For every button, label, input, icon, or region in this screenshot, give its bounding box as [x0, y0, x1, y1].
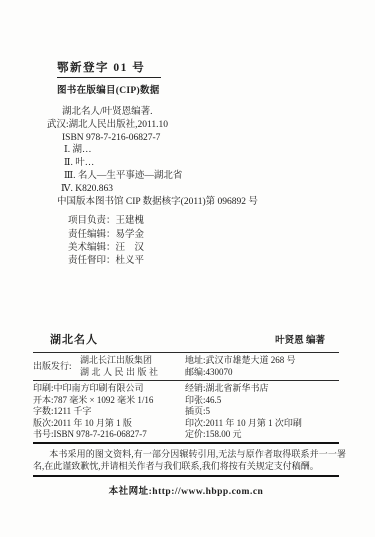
- cip-line-index-4: Ⅳ. K820.863: [61, 183, 258, 196]
- publisher-house: 湖北人民出版社: [80, 367, 185, 379]
- publisher-label: 出版发行:: [33, 361, 80, 373]
- credit-name: 汪 汉: [116, 243, 145, 253]
- publisher-website: 本社网址:http://www.hbpp.com.cn: [33, 483, 339, 497]
- cip-line-index-1: Ⅰ. 湖…: [64, 144, 258, 157]
- credit-label: 责任编辑：: [68, 230, 116, 240]
- spec-edition: 版次:2011 年 10 月第 1 版: [33, 418, 185, 430]
- spec-inserts: 插页:5: [185, 406, 339, 418]
- credit-label: 美术编辑：: [68, 243, 116, 253]
- cip-header: 图书在版编目(CIP)数据: [57, 82, 258, 96]
- spec-sheets: 印张:46.5: [185, 395, 339, 407]
- credit-print-supervisor: 责任督印：杜义平: [68, 255, 258, 268]
- spec-row-format: 开本:787 毫米 × 1092 毫米 1/16 印张:46.5: [33, 395, 339, 407]
- credit-project-lead: 项目负责：王建槐: [68, 215, 258, 228]
- publisher-contact: 地址:武汉市雄楚大道 268 号 邮编:430070: [185, 355, 339, 378]
- credit-name: 杜义平: [116, 256, 145, 266]
- print-specs: 印刷:中印南方印刷有限公司 经销:湖北省新华书店 开本:787 毫米 × 109…: [33, 381, 339, 442]
- credit-label: 责任督印：: [68, 256, 116, 266]
- credit-editor: 责任编辑：易学金: [68, 229, 258, 242]
- registration-number: 鄂新登字 01 号: [57, 59, 161, 78]
- spec-row-isbn: 书号:ISBN 978-7-216-06827-7 定价:158.00 元: [33, 429, 339, 441]
- cip-line-publisher: 武汉:湖北人民出版社,2011.10: [47, 119, 258, 132]
- cip-record-number: 中国版本图书馆 CIP 数据核字(2011)第 096892 号: [57, 196, 258, 209]
- spec-wordcount: 字数:1211 千字: [33, 406, 185, 418]
- credit-name: 易学金: [116, 230, 145, 240]
- spec-row-printer: 印刷:中印南方印刷有限公司 经销:湖北省新华书店: [33, 383, 339, 395]
- cip-data-block: 湖北名人/叶贤恩编著. 武汉:湖北人民出版社,2011.10 ISBN 978-…: [47, 106, 258, 208]
- colophon-table: 湖北名人 叶贤恩 编著 出版发行: 湖北长江出版集团 湖北人民出版社 地址:武汉…: [33, 331, 339, 497]
- cip-line-index-3: Ⅲ. 名人—生平事迹—湖北省: [64, 170, 258, 183]
- spec-impression: 印次:2011 年 10 月第 1 次印刷: [185, 418, 339, 430]
- book-title: 湖北名人: [50, 331, 98, 347]
- publisher-group: 湖北长江出版集团: [80, 355, 185, 367]
- book-author: 叶贤恩 编著: [275, 332, 325, 346]
- cip-line-index-2: Ⅱ. 叶…: [64, 157, 258, 170]
- credit-art-editor: 美术编辑：汪 汉: [68, 242, 258, 255]
- divider-line-thick: [33, 442, 339, 444]
- spec-distributor: 经销:湖北省新华书店: [185, 383, 339, 395]
- publisher-address: 地址:武汉市雄楚大道 268 号: [185, 355, 339, 367]
- spec-row-wordcount: 字数:1211 千字 插页:5: [33, 406, 339, 418]
- title-row: 湖北名人 叶贤恩 编著: [33, 331, 339, 347]
- cip-section: 鄂新登字 01 号 图书在版编目(CIP)数据 湖北名人/叶贤恩编著. 武汉:湖…: [57, 58, 258, 268]
- spec-row-edition: 版次:2011 年 10 月第 1 版 印次:2011 年 10 月第 1 次印…: [33, 418, 339, 430]
- publisher-row: 出版发行: 湖北长江出版集团 湖北人民出版社 地址:武汉市雄楚大道 268 号 …: [33, 353, 339, 380]
- spec-isbn: 书号:ISBN 978-7-216-06827-7: [33, 429, 185, 441]
- copyright-notice: 本书采用的图文资料,有一部分因辗转引用,无法与原作者取得联系并一一署名,在此谨致…: [33, 448, 346, 472]
- credits-block: 项目负责：王建槐 责任编辑：易学金 美术编辑：汪 汉 责任督印：杜义平: [68, 215, 258, 268]
- spec-price: 定价:158.00 元: [185, 429, 339, 441]
- spec-format: 开本:787 毫米 × 1092 毫米 1/16: [33, 395, 185, 407]
- credit-label: 项目负责：: [68, 216, 116, 226]
- spec-printer: 印刷:中印南方印刷有限公司: [33, 383, 185, 395]
- publisher-names: 湖北长江出版集团 湖北人民出版社: [80, 355, 185, 378]
- credit-name: 王建槐: [116, 216, 145, 226]
- divider-line-thick: [33, 475, 339, 477]
- book-copyright-page: 鄂新登字 01 号 图书在版编目(CIP)数据 湖北名人/叶贤恩编著. 武汉:湖…: [0, 0, 375, 537]
- cip-line-title: 湖北名人/叶贤恩编著.: [62, 106, 258, 119]
- cip-line-isbn: ISBN 978-7-216-06827-7: [62, 132, 258, 145]
- publisher-postcode: 邮编:430070: [185, 367, 339, 379]
